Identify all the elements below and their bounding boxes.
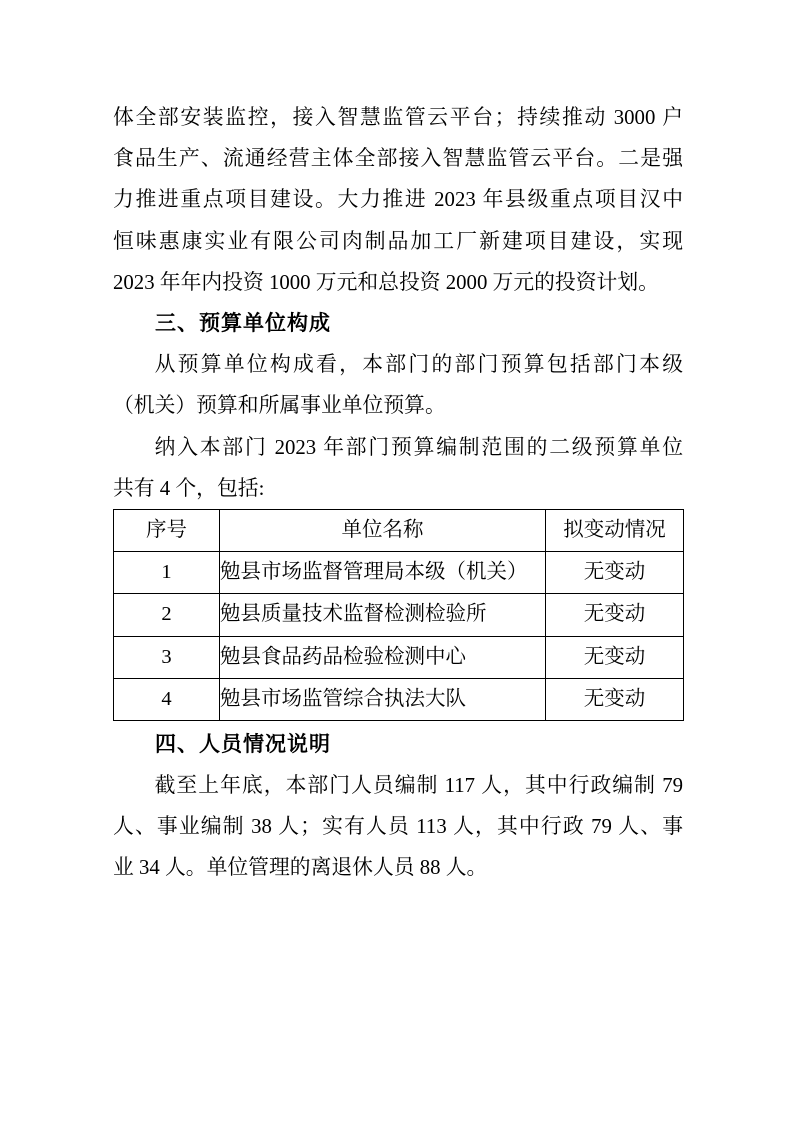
text-line: 恒味惠康实业有限公司肉制品加工厂新建项目建设，实现 <box>113 221 683 262</box>
section-heading-personnel: 四、人员情况说明 <box>113 724 683 765</box>
text-line: 截至上年底，本部门人员编制 117 人，其中行政编制 79 <box>113 765 683 806</box>
text-line: 体全部安装监控，接入智慧监管云平台；持续推动 3000 户 <box>113 97 683 138</box>
text-line: 业 34 人。单位管理的离退休人员 88 人。 <box>113 847 683 888</box>
text-line: 2023 年年内投资 1000 万元和总投资 2000 万元的投资计划。 <box>113 262 683 303</box>
text-line: 食品生产、流通经营主体全部接入智慧监管云平台。二是强 <box>113 138 683 179</box>
document-page: 体全部安装监控，接入智慧监管云平台；持续推动 3000 户食品生产、流通经营主体… <box>0 0 793 1122</box>
paragraph-budget-units-count: 纳入本部门 2023 年部门预算编制范围的二级预算单位共有 4 个，包括: <box>113 427 683 509</box>
text-line: 共有 4 个，包括: <box>113 468 683 509</box>
table-cell-unit-name: 勉县市场监管综合执法大队 <box>220 678 546 720</box>
table-cell-unit-name: 勉县质量技术监督检测检验所 <box>220 594 546 636</box>
table-cell-unit-name: 勉县市场监督管理局本级（机关） <box>220 552 546 594</box>
table-row: 4勉县市场监管综合执法大队无变动 <box>114 678 684 720</box>
table-row: 1勉县市场监督管理局本级（机关）无变动 <box>114 552 684 594</box>
text-line: 人、事业编制 38 人；实有人员 113 人，其中行政 79 人、事 <box>113 806 683 847</box>
text-line: 纳入本部门 2023 年部门预算编制范围的二级预算单位 <box>113 427 683 468</box>
table-cell-unit-name: 勉县食品药品检验检测中心 <box>220 636 546 678</box>
column-header-unit-name: 单位名称 <box>220 509 546 551</box>
text-line: （机关）预算和所属事业单位预算。 <box>113 385 683 426</box>
table-row: 3勉县食品药品检验检测中心无变动 <box>114 636 684 678</box>
document-content: 体全部安装监控，接入智慧监管云平台；持续推动 3000 户食品生产、流通经营主体… <box>113 97 683 889</box>
table-cell-index: 4 <box>114 678 220 720</box>
table-cell-change: 无变动 <box>546 678 684 720</box>
section-heading-budget-units: 三、预算单位构成 <box>113 303 683 344</box>
table-cell-change: 无变动 <box>546 552 684 594</box>
table-row: 2勉县质量技术监督检测检验所无变动 <box>114 594 684 636</box>
table-cell-index: 2 <box>114 594 220 636</box>
paragraph-personnel-details: 截至上年底，本部门人员编制 117 人，其中行政编制 79人、事业编制 38 人… <box>113 765 683 889</box>
column-header-index: 序号 <box>114 509 220 551</box>
table-cell-change: 无变动 <box>546 594 684 636</box>
column-header-change: 拟变动情况 <box>546 509 684 551</box>
table-cell-index: 1 <box>114 552 220 594</box>
table-cell-index: 3 <box>114 636 220 678</box>
budget-units-table: 序号 单位名称 拟变动情况 1勉县市场监督管理局本级（机关）无变动2勉县质量技术… <box>113 509 684 721</box>
table-cell-change: 无变动 <box>546 636 684 678</box>
table-header-row: 序号 单位名称 拟变动情况 <box>114 509 684 551</box>
paragraph-budget-composition: 从预算单位构成看，本部门的部门预算包括部门本级（机关）预算和所属事业单位预算。 <box>113 344 683 426</box>
text-line: 力推进重点项目建设。大力推进 2023 年县级重点项目汉中 <box>113 179 683 220</box>
text-line: 从预算单位构成看，本部门的部门预算包括部门本级 <box>113 344 683 385</box>
paragraph-continuation: 体全部安装监控，接入智慧监管云平台；持续推动 3000 户食品生产、流通经营主体… <box>113 97 683 303</box>
table-body: 1勉县市场监督管理局本级（机关）无变动2勉县质量技术监督检测检验所无变动3勉县食… <box>114 552 684 721</box>
